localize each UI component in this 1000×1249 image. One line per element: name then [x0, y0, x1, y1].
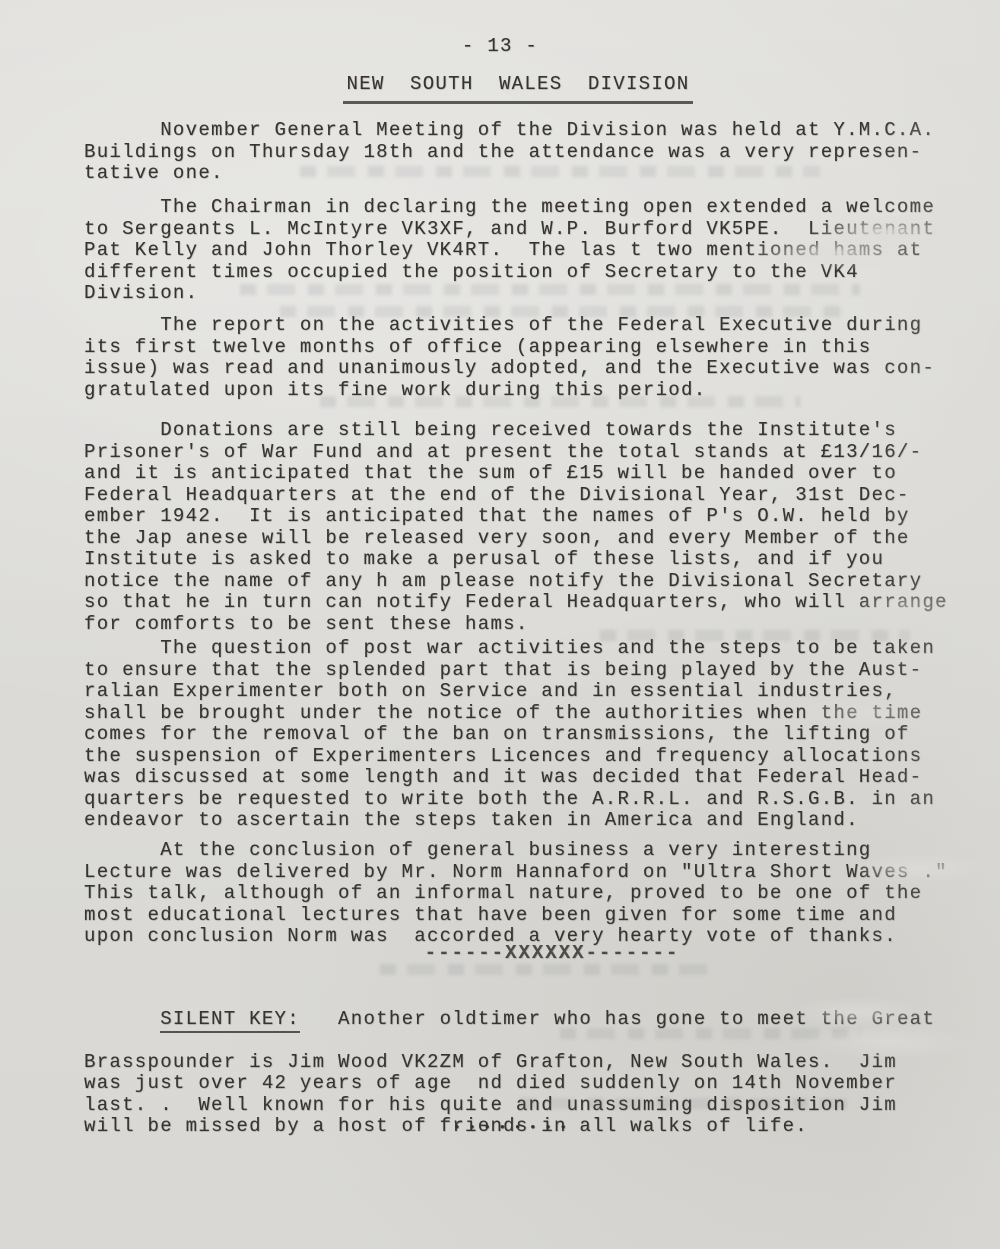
text-line: comes for the removal of the ban on tran… [84, 724, 980, 746]
silent-key-intro-text: Another oldtimer who has gone to meet th… [300, 1008, 935, 1030]
silent-key-section: SILENT KEY: Another oldtimer who has gon… [84, 987, 980, 1138]
text-line: ralian Experimenter both on Service and … [84, 681, 980, 703]
text-line: The report on the activities of the Fede… [84, 315, 980, 337]
text-line: At the conclusion of general business a … [84, 840, 980, 862]
text-line: Donations are still being received towar… [84, 420, 980, 442]
text-line: different times occupied the position of… [84, 262, 980, 284]
text-line: and it is anticipated that the sum of £1… [84, 463, 980, 485]
section-title: NEW SOUTH WALES DIVISION [343, 74, 694, 104]
text-line: was discussed at some length and it was … [84, 767, 980, 789]
text-line: so that he in turn can notify Federal He… [84, 592, 980, 614]
text-line: the Jap anese will be released very soon… [84, 528, 980, 550]
text-line: Buildings on Thursday 18th and the atten… [84, 142, 980, 164]
text-line: Division. [84, 283, 980, 305]
text-line: The Chairman in declaring the meeting op… [84, 197, 980, 219]
typed-divider: ------XXXXXX------- [52, 943, 1000, 965]
scanned-newsletter-page: - 13 - NEW SOUTH WALES DIVISION November… [0, 0, 1000, 1249]
text-line: was just over 42 years of age nd died su… [84, 1073, 980, 1095]
paragraph-pow-fund-donations: Donations are still being received towar… [84, 420, 980, 635]
text-line: notice the name of any h am please notif… [84, 571, 980, 593]
text-line: November General Meeting of the Division… [84, 120, 980, 142]
silent-key-first-line: SILENT KEY: Another oldtimer who has gon… [84, 987, 980, 1052]
paragraph-post-war-activities: The question of post war activities and … [84, 638, 980, 832]
paragraph-chairman-welcome: The Chairman in declaring the meeting op… [84, 197, 980, 305]
text-line: The question of post war activities and … [84, 638, 980, 660]
text-line: gratulated upon its fine work during thi… [84, 380, 980, 402]
text-line: to ensure that the splended part that is… [84, 660, 980, 682]
text-line: Institute is asked to make a perusal of … [84, 549, 980, 571]
text-line: This talk, although of an informal natur… [84, 883, 980, 905]
text-line: issue) was read and unanimously adopted,… [84, 358, 980, 380]
text-line: for comforts to be sent these hams. [84, 614, 980, 636]
text-line: endeavor to ascertain the steps taken in… [84, 810, 980, 832]
text-line: its first twelve months of office (appea… [84, 337, 980, 359]
text-line: Lecture was delivered by Mr. Norm Hannaf… [84, 862, 980, 884]
silent-key-heading: SILENT KEY: [160, 1008, 300, 1033]
section-title-row: NEW SOUTH WALES DIVISION [0, 74, 1000, 104]
text-line: shall be brought under the notice of the… [84, 703, 980, 725]
text-line: Prisoner's of War Fund and at present th… [84, 442, 980, 464]
page-number: - 13 - [0, 36, 1000, 58]
text-line: tative one. [84, 163, 980, 185]
text-line: Pat Kelly and John Thorley VK4RT. The la… [84, 240, 980, 262]
text-line: quarters be requested to write both the … [84, 789, 980, 811]
bleed-through-artifact [380, 964, 710, 975]
text-line: Brasspounder is Jim Wood VK2ZM of Grafto… [84, 1052, 980, 1074]
text-line: the suspension of Experimenters Licences… [84, 746, 980, 768]
text-line: most educational lectures that have been… [84, 905, 980, 927]
text-line: ember 1942. It is anticipated that the n… [84, 506, 980, 528]
paragraph-federal-executive-report: The report on the activities of the Fede… [84, 315, 980, 401]
paragraph-lecture-ultra-short-waves: At the conclusion of general business a … [84, 840, 980, 948]
text-line: last. . Well known for his quite and una… [84, 1095, 980, 1117]
text-line: to Sergeants L. McIntyre VK3XF, and W.P.… [84, 219, 980, 241]
paragraph-meeting-held: November General Meeting of the Division… [84, 120, 980, 185]
text-line: Federal Headquarters at the end of the D… [84, 485, 980, 507]
end-of-page-dots: •••••••• [14, 1118, 1000, 1140]
